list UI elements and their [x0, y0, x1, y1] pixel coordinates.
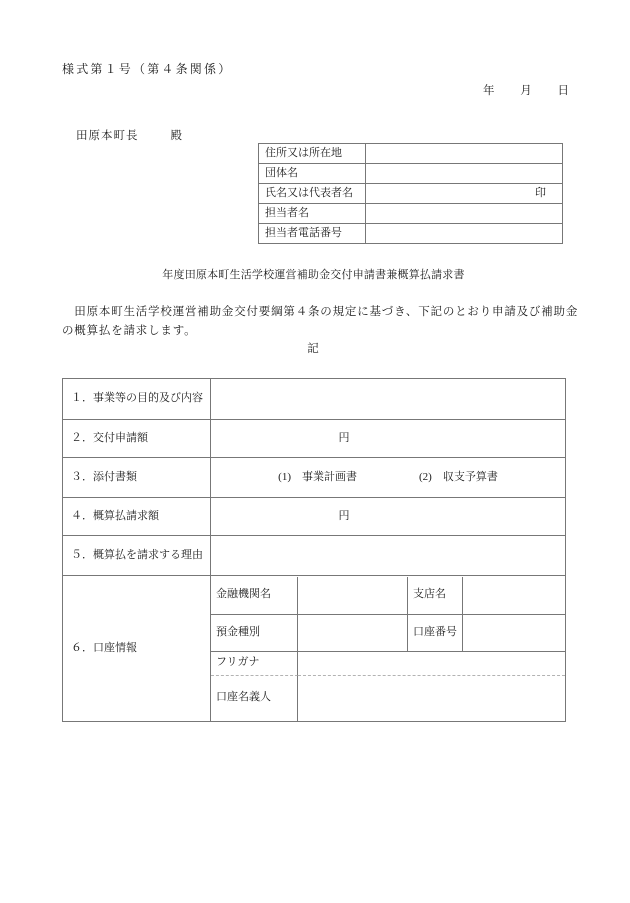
- contact-person-label: 担当者名: [259, 204, 366, 224]
- seal-mark: 印: [535, 187, 546, 199]
- attachment-item-1: (1) 事業計画書: [278, 471, 357, 484]
- representative-name-label: 氏名又は代表者名: [259, 184, 366, 204]
- table-row: 団体名: [259, 164, 563, 184]
- addressee-name: 田原本町長: [76, 127, 139, 143]
- applicant-info-table: 住所又は所在地 団体名 氏名又は代表者名 印 担当者名 担当者電話番号: [258, 143, 563, 244]
- table-row: 氏名又は代表者名 印: [259, 184, 563, 204]
- addressee-honorific: 殿: [171, 127, 184, 143]
- yen-unit: 円: [339, 432, 350, 444]
- year-label: 年: [483, 82, 495, 98]
- table-row: 住所又は所在地: [259, 144, 563, 164]
- address-label: 住所又は所在地: [259, 144, 366, 164]
- bank-account-section-label: ６．口座情報: [63, 576, 211, 722]
- account-holder-label: 口座名義人: [211, 676, 298, 721]
- document-title: 年度田原本町生活学校運営補助金交付申請書兼概算払請求書: [62, 266, 565, 282]
- form-number: 様式第１号（第４条関係）: [62, 60, 232, 77]
- body-paragraph-line-1: 田原本町生活学校運営補助金交付要綱第４条の規定に基づき、下記のとおり申請及び補助…: [62, 303, 578, 319]
- account-number-label: 口座番号: [408, 615, 463, 652]
- provisional-payment-reason-value-cell: [211, 536, 566, 576]
- bank-name-label: 金融機関名: [211, 577, 298, 615]
- purpose-value-cell: [211, 379, 566, 420]
- deposit-type-value-cell: [298, 615, 408, 652]
- bank-account-cell: 金融機関名 支店名 預金種別 口座番号 フリガナ 口座名義人: [211, 576, 566, 722]
- table-row: ６．口座情報 金融機関名 支店名 預金種別 口座番号 フリガナ 口座名義人: [63, 576, 566, 722]
- contact-phone-label: 担当者電話番号: [259, 224, 366, 244]
- organization-name-value-cell: [366, 164, 563, 184]
- body-paragraph-line-2: の概算払を請求します。: [62, 322, 196, 338]
- note-heading: 記: [62, 340, 565, 356]
- day-label: 日: [558, 82, 570, 98]
- provisional-payment-reason-label: ５．概算払を請求する理由: [63, 536, 211, 576]
- attachment-item-2: (2) 収支予算書: [419, 471, 498, 484]
- organization-name-label: 団体名: [259, 164, 366, 184]
- branch-name-value-cell: [463, 577, 565, 615]
- attachments-label: ３．添付書類: [63, 458, 211, 498]
- table-row: ５．概算払を請求する理由: [63, 536, 566, 576]
- purpose-label: １．事業等の目的及び内容: [63, 379, 211, 420]
- attachment-list: (1) 事業計画書 (2) 収支予算書: [212, 471, 564, 484]
- address-value-cell: [366, 144, 563, 164]
- account-holder-value-cell: [298, 676, 565, 721]
- deposit-type-label: 預金種別: [211, 615, 298, 652]
- addressee: 田原本町長 殿: [76, 127, 183, 143]
- furigana-label: フリガナ: [211, 652, 298, 676]
- table-row: 担当者電話番号: [259, 224, 563, 244]
- yen-unit: 円: [339, 510, 350, 522]
- table-row: ４．概算払請求額 円: [63, 498, 566, 536]
- grant-amount-value-cell: 円: [211, 420, 566, 458]
- bank-name-value-cell: [298, 577, 408, 615]
- branch-name-label: 支店名: [408, 577, 463, 615]
- table-row: 担当者名: [259, 204, 563, 224]
- grant-amount-label: ２．交付申請額: [63, 420, 211, 458]
- provisional-payment-amount-label: ４．概算払請求額: [63, 498, 211, 536]
- table-row: ３．添付書類 (1) 事業計画書 (2) 収支予算書: [63, 458, 566, 498]
- application-detail-table: １．事業等の目的及び内容 ２．交付申請額 円 ３．添付書類 (1) 事業計画書 …: [62, 378, 566, 722]
- contact-phone-value-cell: [366, 224, 563, 244]
- representative-name-value-cell: 印: [366, 184, 563, 204]
- month-label: 月: [520, 82, 532, 98]
- bank-account-table: 金融機関名 支店名 預金種別 口座番号 フリガナ 口座名義人: [211, 577, 565, 721]
- contact-person-value-cell: [366, 204, 563, 224]
- table-row: ２．交付申請額 円: [63, 420, 566, 458]
- provisional-payment-amount-value-cell: 円: [211, 498, 566, 536]
- date-line: 年 月 日: [483, 82, 569, 98]
- account-number-value-cell: [463, 615, 565, 652]
- table-row: １．事業等の目的及び内容: [63, 379, 566, 420]
- application-form-page: 様式第１号（第４条関係） 年 月 日 田原本町長 殿 住所又は所在地 団体名 氏…: [0, 0, 630, 903]
- attachments-value-cell: (1) 事業計画書 (2) 収支予算書: [211, 458, 566, 498]
- furigana-value-cell: [298, 652, 565, 676]
